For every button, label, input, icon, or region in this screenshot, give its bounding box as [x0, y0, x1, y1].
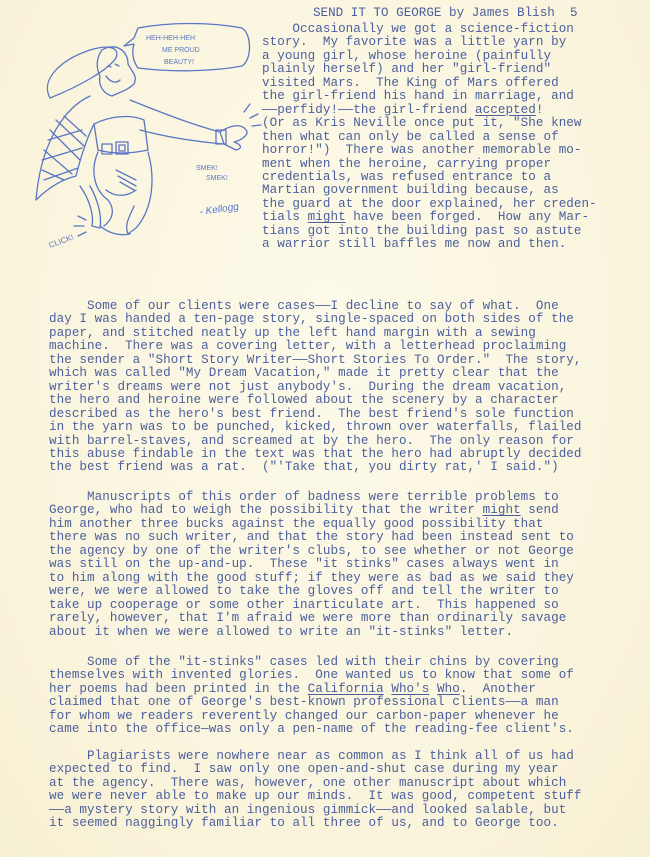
text-line: about it when we were allowed to write a…: [49, 626, 513, 639]
text-line: it seemed naggingly familiar to all thre…: [49, 817, 559, 830]
text-line: for whom we readers reverently changed o…: [49, 710, 559, 723]
text-line: George, who had to weigh the possibility…: [49, 504, 559, 517]
text-line: the sender a "Short Story Writer——Short …: [49, 354, 582, 367]
text-line: themselves with invented glories. One wa…: [49, 669, 574, 682]
text-line: ment when the heroine, carrying proper: [262, 158, 551, 171]
text-line: were, we were allowed to take the gloves…: [49, 585, 559, 598]
text-line: a young girl, whose heroine (painfully: [262, 50, 551, 63]
text-line: there was no such writer, and that the s…: [49, 531, 574, 544]
text-line: day I was handed a ten-page story, singl…: [49, 313, 574, 326]
page-number: 5: [570, 6, 578, 20]
text-line: Some of our clients were cases——I declin…: [49, 300, 559, 313]
text-line: claimed that one of George's best-known …: [49, 696, 559, 709]
text-line: (Or as Kris Neville once put it, "She kn…: [262, 117, 582, 130]
speech-bubble-line-3: BEAUTY!: [164, 59, 194, 66]
sound-effect-smek-1: SMEK!: [196, 165, 218, 172]
text-line: paper, and stitched neatly up the left h…: [49, 327, 536, 340]
speech-bubble-line-2: ME PROUD: [162, 47, 200, 54]
text-line: story. My favorite was a little yarn by: [262, 36, 566, 49]
text-line: Manuscripts of this order of badness wer…: [49, 491, 559, 504]
text-line: credentials, was refused entrance to a: [262, 171, 551, 184]
text-line: which was called "My Dream Vacation," ma…: [49, 367, 559, 380]
sound-effect-smek-2: SMEK!: [206, 175, 228, 182]
text-line: at the agency. There was, however, one o…: [49, 777, 566, 790]
sound-effect-click: CLICK!: [48, 233, 75, 250]
document-page: SEND IT TO GEORGE by James Blish 5: [0, 0, 650, 857]
text-line: take up cooperage or some other inarticu…: [49, 599, 559, 612]
cartoon-illustration: HEH-HEH-HEH ME PROUD BEAUTY! SMEK! SMEK!…: [20, 20, 270, 260]
text-line: him another three bucks against the equa…: [49, 518, 544, 531]
text-line: to him along with the good stuff; if the…: [49, 572, 574, 585]
text-line: described as the hero's best friend. The…: [49, 408, 574, 421]
text-line: a warrior still baffles me now and then.: [262, 238, 566, 251]
artist-signature: - Kellogg: [199, 202, 240, 218]
text-line: in the yarn was to be punched, kicked, t…: [49, 421, 582, 434]
text-line: ——perfidy!——the girl-friend accepted!: [262, 104, 544, 117]
text-line: her poems had been printed in the Califo…: [49, 683, 536, 696]
text-line: this abuse findable in the text was that…: [49, 448, 582, 461]
text-line: the agency by one of the writer's clubs,…: [49, 545, 574, 558]
text-line: then what can only be called a sense of: [262, 131, 559, 144]
text-line: the girl-friend his hand in marriage, an…: [262, 90, 574, 103]
text-line: Some of the "it-stinks" cases led with t…: [49, 656, 559, 669]
text-line: expected to find. I saw only one open-an…: [49, 763, 559, 776]
text-line: the hero and heroine were followed about…: [49, 394, 559, 407]
text-line: visited Mars. The King of Mars offered: [262, 77, 559, 90]
text-line: tials might have been forged. How any Ma…: [262, 211, 589, 224]
text-line: Occasionally we got a science-fiction: [262, 23, 574, 36]
text-line: the guard at the door explained, her cre…: [262, 198, 597, 211]
text-line: writer's dreams were not just anybody's.…: [49, 381, 566, 394]
text-line: we were never able to make up our minds.…: [49, 790, 582, 803]
text-line: tians got into the building past so astu…: [262, 225, 582, 238]
running-header: SEND IT TO GEORGE by James Blish 5: [313, 6, 578, 20]
running-title: SEND IT TO GEORGE by James Blish: [313, 6, 555, 20]
speech-bubble-line-1: HEH-HEH-HEH: [146, 35, 195, 42]
text-line: Martian government building because, as: [262, 184, 559, 197]
text-line: came into the office—was only a pen-name…: [49, 723, 574, 736]
text-line: plainly herself) and her "girl-friend": [262, 63, 551, 76]
text-line: with barrel-staves, and screamed at by t…: [49, 435, 574, 448]
text-line: rarely, however, that I'm afraid we were…: [49, 612, 566, 625]
text-line: horror!") There was another memorable mo…: [262, 144, 582, 157]
text-line: Plagiarists were nowhere near as common …: [49, 750, 574, 763]
text-line: machine. There was a covering letter, wi…: [49, 340, 566, 353]
text-line: the best friend was a rat. ("'Take that,…: [49, 461, 559, 474]
text-line: was still on the up-and-up. These "it st…: [49, 558, 559, 571]
text-line: ——a mystery story with an ingenious gimm…: [49, 804, 566, 817]
